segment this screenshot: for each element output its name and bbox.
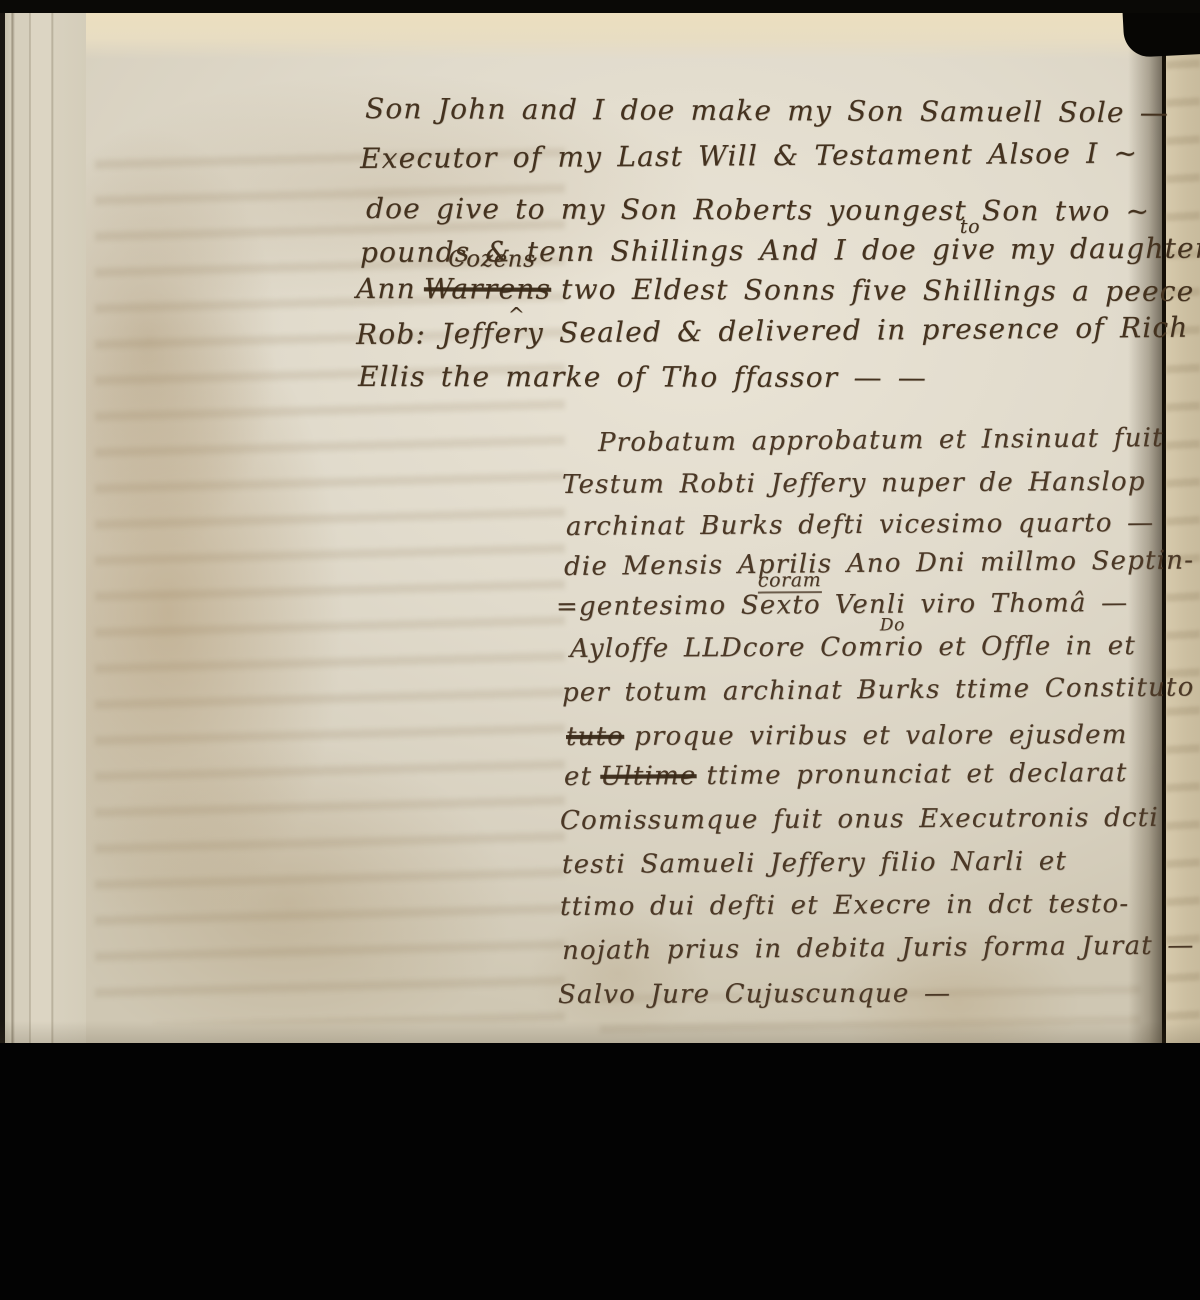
probate-line-7: per totum archinat Burks ttime Constitut… [562,672,1195,708]
probate-line-text: Ayloffe LLDcore Comrio et Offle in et [570,631,1136,664]
probate-line-1: Probatum approbatum et Insinuat fuit [598,423,1164,458]
inserted-word-cozens: Cozens [448,246,535,272]
probate-line-text: Comissumque fuit onus Executronis dcti [560,803,1159,836]
photo-bottom-black-border [0,1043,1200,1300]
will-line-text: Son John and I doe make my Son Samuell S… [365,92,1169,129]
probate-line-text: nojath prius in debita Juris forma Jurat… [562,930,1195,966]
probate-line-14: Salvo Jure Cujuscunque — [558,979,951,1010]
probate-line-6: Ayloffe LLDcore Comrio et Offle in etDo [570,631,1136,664]
inserted-word-to: to [960,216,980,238]
page-bottom-shadow [0,1021,1200,1043]
inserted-word-coram: coram [758,569,822,593]
will-line-text: Ellis the marke of Tho ffassor — — [358,360,927,394]
will-line-2: Executor of my Last Will & Testament Als… [360,137,1138,175]
adjacent-page-edge [1166,31,1200,1043]
probate-line-text: ttime pronunciat et declarat [706,758,1127,791]
will-line-7: Ellis the marke of Tho ffassor — — [358,360,927,394]
probate-line-text: per totum archinat Burks ttime Constitut… [562,672,1195,708]
probate-line-2: Testum Robti Jeffery nuper de Hanslop [562,467,1146,500]
probate-line-text: Testum Robti Jeffery nuper de Hanslop [562,467,1146,500]
probate-line-11: testi Samueli Jeffery filio Narli et [562,846,1067,880]
probate-line-9: etUltimettime pronunciat et declarat [564,758,1128,792]
probate-line-text: proque viribus et valore ejusdem [634,720,1128,752]
probate-line-text: ttimo dui defti et Execre in dct testo- [560,889,1129,922]
probate-line-13: nojath prius in debita Juris forma Jurat… [562,930,1195,966]
will-line-text: my daughter [1010,232,1200,266]
probate-line-text: testi Samueli Jeffery filio Narli et [562,846,1067,880]
probate-line-text: archinat Burks defti vicesimo quarto — [566,508,1155,542]
will-line-text: two Eldest Sonns five Shillings a peece [561,273,1194,308]
will-line-1: Son John and I doe make my Son Samuell S… [365,92,1169,129]
probate-line-text: et [564,762,592,792]
probate-line-5: =gentesimo SextocoramVenli viro Thomâ — [556,588,1129,622]
struck-word-warrens: Warrens [424,272,551,305]
will-line-text: Executor of my Last Will & Testament Als… [360,137,1138,175]
probate-line-12: ttimo dui defti et Execre in dct testo- [560,889,1129,922]
will-line-3: doe give to my Son Roberts youngest Son … [366,192,1150,228]
probate-line-text: Salvo Jure Cujuscunque — [558,979,951,1010]
will-line-text: Ann [356,272,416,305]
struck-word: tuto [566,722,624,752]
probate-line-text: =gentesimo Sexto [556,590,821,622]
will-line-text: doe give to my Son Roberts youngest Son … [366,192,1150,228]
probate-line-10: Comissumque fuit onus Executronis dcti [560,803,1159,836]
struck-word-ultime: Ultime [600,761,696,792]
manuscript-photo: Son John and I doe make my Son Samuell S… [0,0,1200,1300]
probate-line-text: Venli viro Thomâ — [835,588,1129,620]
inserted-abbreviation-do: Do [880,615,905,635]
probate-line-text: Probatum approbatum et Insinuat fuit [598,423,1164,458]
will-line-5: AnnWarrensCozens^two Eldest Sonns five S… [356,272,1195,308]
photo-top-black-border [0,0,1200,13]
book-spine-page-edges [0,13,86,1043]
probate-line-3: archinat Burks defti vicesimo quarto — [566,508,1155,542]
probate-line-8: tutoproque viribus et valore ejusdem [566,720,1128,752]
book-photo-area: Son John and I doe make my Son Samuell S… [0,13,1200,1043]
page-top-edge [58,13,1148,59]
top-right-corner-shadow [1122,13,1200,58]
